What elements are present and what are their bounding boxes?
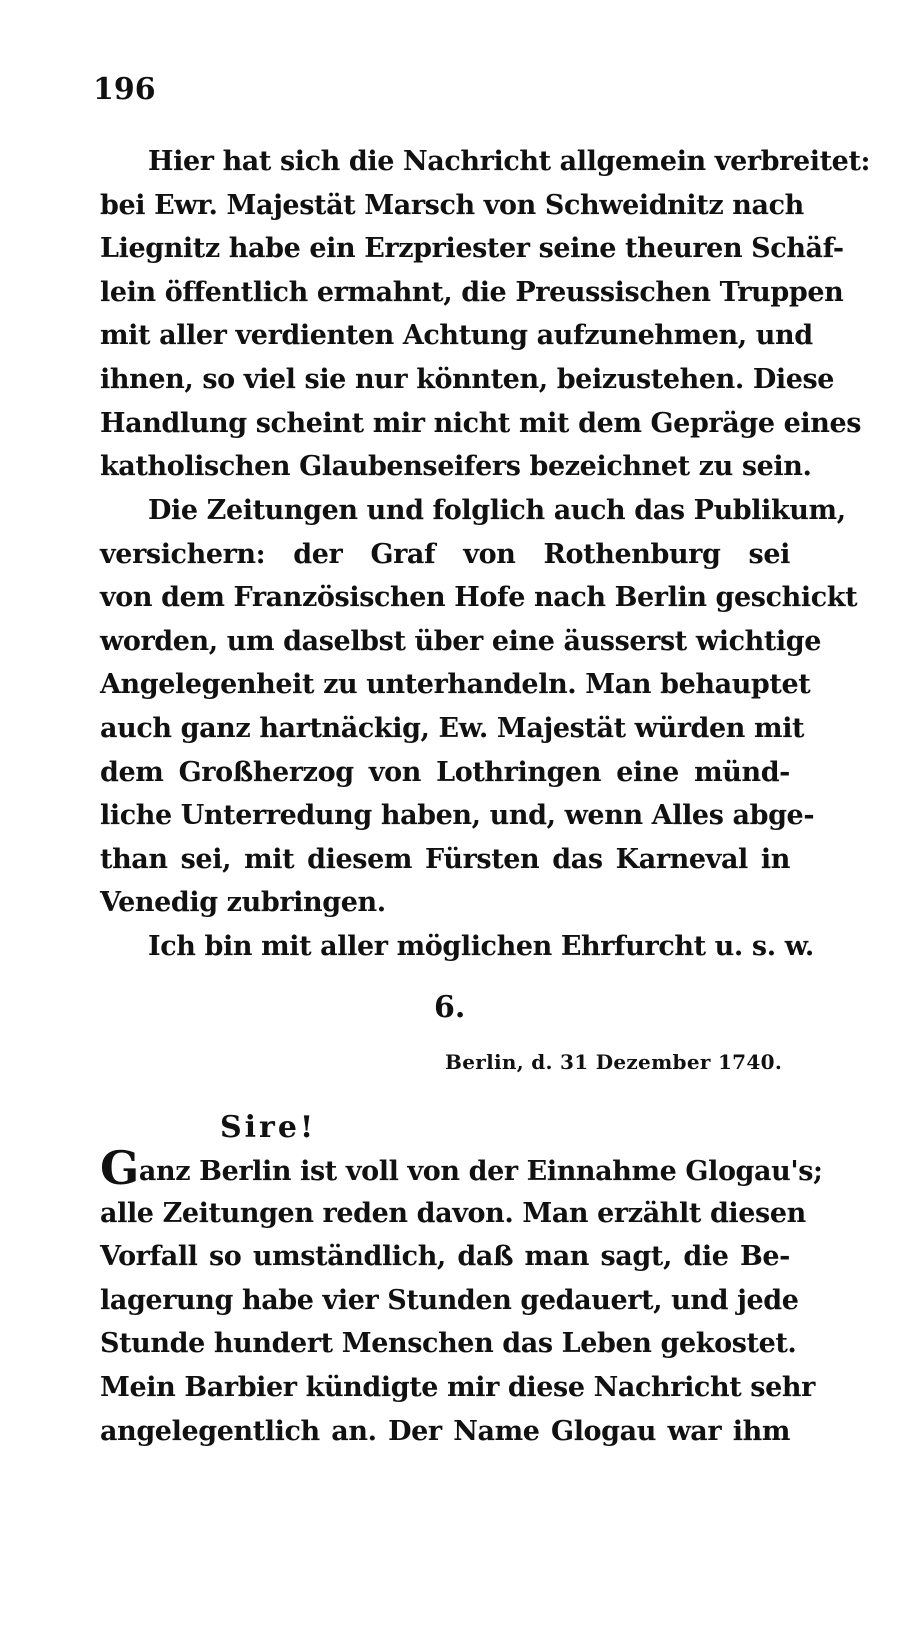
text-line-rest: anz Berlin ist voll von der Einnahme Glo… [139,1156,823,1187]
text-line: Angelegenheit zu unterhandeln. Man behau… [100,663,790,707]
text-line: Mein Barbier kündigte mir diese Nachrich… [100,1366,790,1410]
text-line: auch ganz hartnäckig, Ew. Majestät würde… [100,707,790,751]
text-line: ihnen, so viel sie nur könnten, beizuste… [100,358,790,402]
letter-body: Ganz Berlin ist voll von der Einnahme Gl… [100,1148,790,1453]
text-line: katholischen Glaubenseifers bezeichnet z… [100,445,790,489]
text-line: Venedig zubringen. [100,881,790,925]
text-line: bei Ewr. Majestät Marsch von Schweidnitz… [100,184,790,228]
dateline: Berlin, d. 31 Dezember 1740. [445,1050,782,1074]
paragraph-2: Die Zeitungen und folglich auch das Publ… [100,489,790,925]
text-line: Hier hat sich die Nachricht allgemein ve… [100,140,790,184]
text-line: Die Zeitungen und folglich auch das Publ… [100,489,790,533]
text-line: Ich bin mit aller möglichen Ehrfurcht u.… [100,925,790,969]
text-line: liche Unterredung haben, und, wenn Alles… [100,794,790,838]
text-line: mit aller verdienten Achtung aufzunehmen… [100,314,790,358]
page-number: 196 [93,72,156,107]
letter-number: 6. [434,990,465,1025]
text-line: Handlung scheint mir nicht mit dem Geprä… [100,402,790,446]
text-line: versichern: der Graf von Rothenburg sei [100,533,790,577]
text-line: Stunde hundert Menschen das Leben gekost… [100,1322,790,1366]
text-line: Ganz Berlin ist voll von der Einnahme Gl… [100,1148,790,1192]
text-line: Liegnitz habe ein Erzpriester seine theu… [100,227,790,271]
text-line: von dem Französischen Hofe nach Berlin g… [100,576,790,620]
text-line: than sei, mit diesem Fürsten das Karneva… [100,838,790,882]
text-line: angelegentlich an. Der Name Glogau war i… [100,1410,790,1454]
text-line: Vorfall so umständlich, daß man sagt, di… [100,1235,790,1279]
text-line: alle Zeitungen reden davon. Man erzählt … [100,1192,790,1236]
closing-line: Ich bin mit aller möglichen Ehrfurcht u.… [100,925,790,969]
drop-cap: G [100,1141,139,1195]
text-line: lein öffentlich ermahnt, die Preussische… [100,271,790,315]
text-line: worden, um daselbst über eine äusserst w… [100,620,790,664]
text-line: dem Großherzog von Lothringen eine münd- [100,751,790,795]
paragraph-1: Hier hat sich die Nachricht allgemein ve… [100,140,790,489]
salutation: Sire! [220,1110,316,1145]
text-line: lagerung habe vier Stunden gedauert, und… [100,1279,790,1323]
